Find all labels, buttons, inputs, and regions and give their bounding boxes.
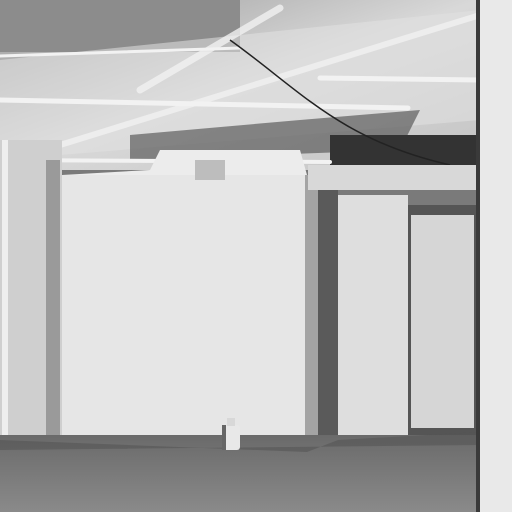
- scene-drawing: [0, 0, 512, 512]
- back-room: [411, 215, 474, 428]
- basement-scan-image: [0, 0, 512, 512]
- partition-wall: [62, 175, 307, 450]
- concrete-column: [478, 0, 512, 512]
